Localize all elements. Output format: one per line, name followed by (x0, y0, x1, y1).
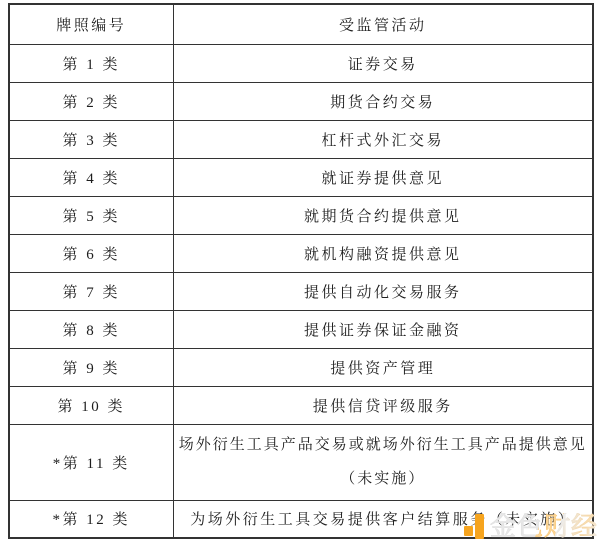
document-page: 牌照编号 受监管活动 第 1 类 证券交易 第 2 类 期货合约交易 第 3 类… (0, 0, 600, 544)
license-cell: 第 9 类 (9, 348, 173, 386)
table-row: 第 1 类 证券交易 (9, 44, 593, 82)
table-row: 第 4 类 就证券提供意见 (9, 158, 593, 196)
activity-cell: 提供自动化交易服务 (173, 272, 593, 310)
sfc-license-table: 牌照编号 受监管活动 第 1 类 证券交易 第 2 类 期货合约交易 第 3 类… (8, 3, 594, 539)
activity-cell-multiline: 场外衍生工具产品交易或就场外衍生工具产品提供意见 （未实施） (173, 424, 593, 500)
table-row: 第 5 类 就期货合约提供意见 (9, 196, 593, 234)
license-table-container: 牌照编号 受监管活动 第 1 类 证券交易 第 2 类 期货合约交易 第 3 类… (8, 3, 592, 539)
table-row: 第 10 类 提供信贷评级服务 (9, 386, 593, 424)
license-cell: 第 2 类 (9, 82, 173, 120)
table-row: 第 8 类 提供证券保证金融资 (9, 310, 593, 348)
activity-cell: 证券交易 (173, 44, 593, 82)
activity-cell: 就证券提供意见 (173, 158, 593, 196)
activity-cell: 就机构融资提供意见 (173, 234, 593, 272)
jinse-finance-watermark: 金色财经 (463, 513, 598, 540)
table-row: 第 9 类 提供资产管理 (9, 348, 593, 386)
header-license-number: 牌照编号 (9, 4, 173, 44)
jinse-logo-icon (463, 513, 487, 540)
activity-cell: 杠杆式外汇交易 (173, 120, 593, 158)
activity-cell: 期货合约交易 (173, 82, 593, 120)
activity-cell: 提供资产管理 (173, 348, 593, 386)
header-regulated-activity: 受监管活动 (173, 4, 593, 44)
table-header-row: 牌照编号 受监管活动 (9, 4, 593, 44)
table-row: 第 6 类 就机构融资提供意见 (9, 234, 593, 272)
license-cell: 第 8 类 (9, 310, 173, 348)
license-cell: 第 10 类 (9, 386, 173, 424)
license-cell: 第 7 类 (9, 272, 173, 310)
license-cell: 第 6 类 (9, 234, 173, 272)
license-cell: 第 5 类 (9, 196, 173, 234)
license-cell: 第 1 类 (9, 44, 173, 82)
license-cell: *第 12 类 (9, 500, 173, 538)
activity-cell: 提供证券保证金融资 (173, 310, 593, 348)
table-row: 第 3 类 杠杆式外汇交易 (9, 120, 593, 158)
table-row: 第 2 类 期货合约交易 (9, 82, 593, 120)
activity-cell: 就期货合约提供意见 (173, 196, 593, 234)
activity-line-2: （未实施） (176, 462, 591, 496)
activity-line-1: 场外衍生工具产品交易或就场外衍生工具产品提供意见 (176, 428, 591, 462)
table-row: *第 11 类 场外衍生工具产品交易或就场外衍生工具产品提供意见 （未实施） (9, 424, 593, 500)
activity-cell: 提供信贷评级服务 (173, 386, 593, 424)
license-cell: 第 3 类 (9, 120, 173, 158)
license-cell: 第 4 类 (9, 158, 173, 196)
table-row: 第 7 类 提供自动化交易服务 (9, 272, 593, 310)
license-cell: *第 11 类 (9, 424, 173, 500)
jinse-brand-text: 金色财经 (490, 513, 598, 540)
